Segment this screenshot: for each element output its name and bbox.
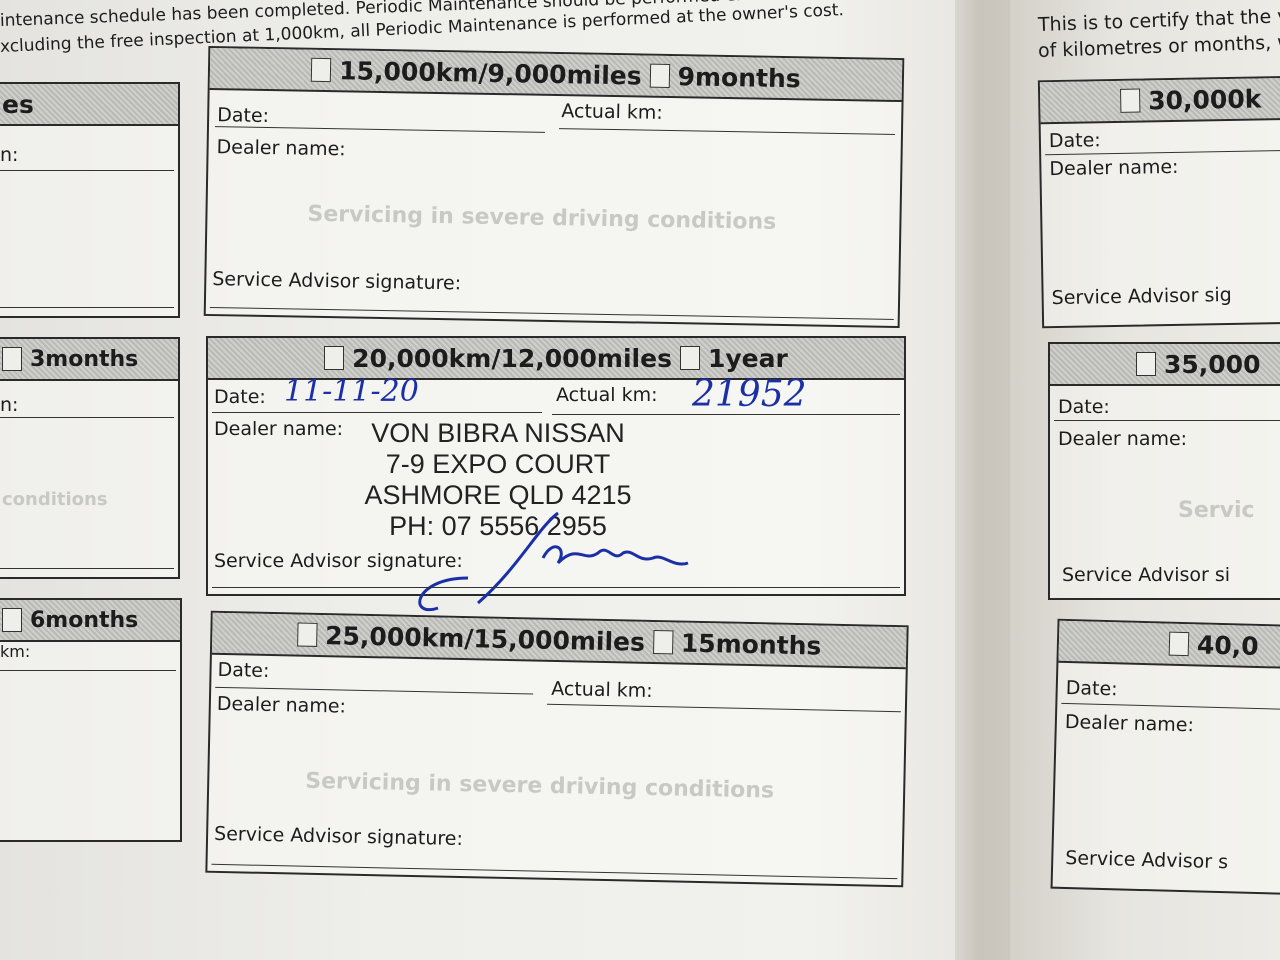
service-card-40000km: 40,0 Date: Dealer name: Service Advisor … [1051,619,1280,896]
watermark: conditions [2,489,108,510]
partial-card-head: es [2,90,34,119]
date-label: Date: [1058,396,1110,418]
time-label: 15months [681,628,822,660]
partial-card-head: 3months [30,347,138,372]
checkbox-km[interactable] [311,58,331,82]
dealer-label: Dealer name: [1058,428,1187,450]
km-label: 30,000k [1148,84,1262,115]
actual-km-label: Actual km: [551,678,653,702]
signature-label: Service Advisor sig [1051,284,1231,309]
time-label: 9months [677,62,801,93]
date-label: Date: [217,659,269,682]
date-label: Date: [1049,129,1101,152]
date-label: Date: [1065,677,1117,700]
service-card-35000km: 35,000 Date: Dealer name: Servic Service… [1048,342,1280,600]
actual-km-label: Actual km: [556,384,657,406]
dealer-label: Dealer name: [1049,156,1178,180]
time-label: 1year [708,344,788,373]
service-card-30000km: 30,000k Date: Dealer name: Service Advis… [1038,76,1280,329]
date-label: Date: [217,104,269,127]
signature-scribble-icon [408,508,708,618]
dealer-label: Dealer name: [214,418,343,440]
checkbox-3months[interactable] [2,347,22,371]
dealer-label: Dealer name: [216,136,345,160]
signature-label: Service Advisor s [1065,847,1228,873]
watermark: Servic [1178,498,1255,523]
km-label: 25,000km/15,000miles [325,621,645,657]
watermark: Servicing in severe driving conditions [307,202,776,235]
km-label: 20,000km/12,000miles [352,344,672,373]
km-label: 40,0 [1197,630,1259,661]
checkbox-km[interactable] [1120,89,1140,113]
service-card-15000km: 15,000km/9,000miles 9months Date: Actual… [204,46,905,328]
km-label: 15,000km/9,000miles [339,56,642,90]
date-label: Date: [214,386,266,408]
checkbox-km[interactable] [324,346,344,370]
partial-card-head: 6months [30,608,138,633]
service-card-20000km: 20,000km/12,000miles 1year Date: 11-11-2… [206,336,906,596]
date-value[interactable]: 11-11-20 [284,374,419,409]
dealer-label: Dealer name: [1065,711,1195,736]
service-card-25000km: 25,000km/15,000miles 15months Date: Actu… [205,611,908,888]
dealer-name: VON BIBRA NISSAN [348,418,648,449]
signature-label: Service Advisor signature: [214,823,463,850]
dealer-city: ASHMORE QLD 4215 [348,480,648,511]
partial-card-3: 6months km: [0,598,182,842]
checkbox-km[interactable] [1169,632,1190,657]
checkbox-months[interactable] [680,346,700,370]
partial-card-1: es n: [0,82,180,318]
dealer-address: 7-9 EXPO COURT [348,449,648,480]
checkbox-months[interactable] [649,64,669,88]
checkbox-km[interactable] [297,623,317,647]
partial-card-field: n: [0,394,18,416]
checkbox-months[interactable] [653,630,673,654]
partial-card-2: 3months n: conditions [0,337,180,579]
actual-km-value[interactable]: 21952 [692,374,807,415]
signature-label: Service Advisor si [1062,564,1230,586]
watermark: Servicing in severe driving conditions [305,769,774,804]
dealer-label: Dealer name: [217,693,347,718]
signature-label: Service Advisor signature: [212,268,461,294]
actual-km-label: Actual km: [561,100,663,124]
checkbox-km[interactable] [1136,352,1156,376]
partial-card-field: km: [0,642,30,661]
checkbox-6months[interactable] [2,608,22,632]
partial-card-field: n: [0,144,18,166]
km-label: 35,000 [1164,350,1260,379]
